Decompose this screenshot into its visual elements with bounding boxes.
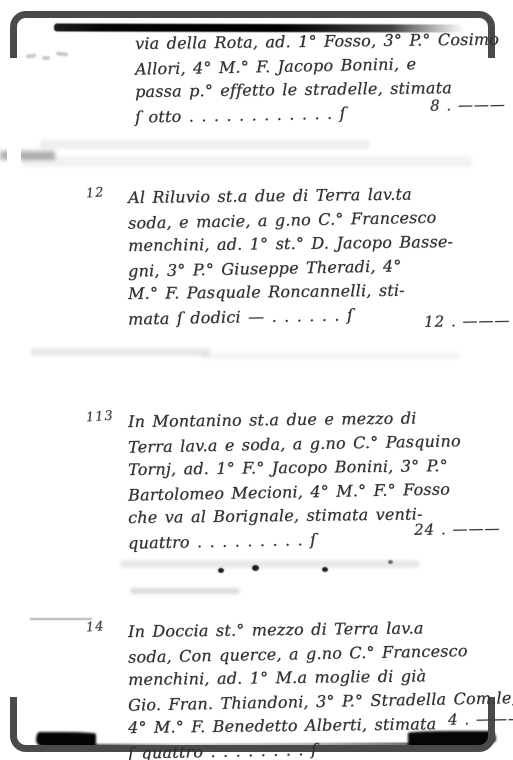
ledger-entry: 113In Montanino st.a due e mezzo diTerra… [0,408,513,552]
entry-number: 14 [0,614,129,647]
entry-amount: 8 . ——— [430,95,506,114]
entry-text: In Doccia st.° mezzo di Terra lav.asoda,… [128,618,448,760]
entry-text: via della Rota, ad. 1° Fosso, 3° P.° Cos… [135,30,455,126]
entry-text: In Montanino st.a due e mezzo diTerra la… [128,408,448,552]
entry-amount: 4 . ——— [448,709,513,728]
manuscript-line: ſ otto . . . . . . . . . . . . ſ [135,99,455,129]
entry-amount: 12 . ——— [424,311,511,331]
ledger-entry: 14In Doccia st.° mezzo di Terra lav.asod… [0,618,513,760]
manuscript-line: quattro . . . . . . . . . ſ [128,525,448,555]
entry-amount: 24 . ——— [414,519,501,539]
ledger-entry: via della Rota, ad. 1° Fosso, 3° P.° Cos… [0,30,513,126]
manuscript-line: mata ſ dodici — . . . . . . ſ [128,301,448,331]
entries: via della Rota, ad. 1° Fosso, 3° P.° Cos… [0,30,513,760]
entry-number: 113 [0,404,129,437]
ledger-entry: 12Al Riluvio st.a due di Terra lav.tasod… [0,184,513,328]
entry-number: 12 [0,180,129,213]
entry-text: Al Riluvio st.a due di Terra lav.tasoda,… [128,184,448,328]
